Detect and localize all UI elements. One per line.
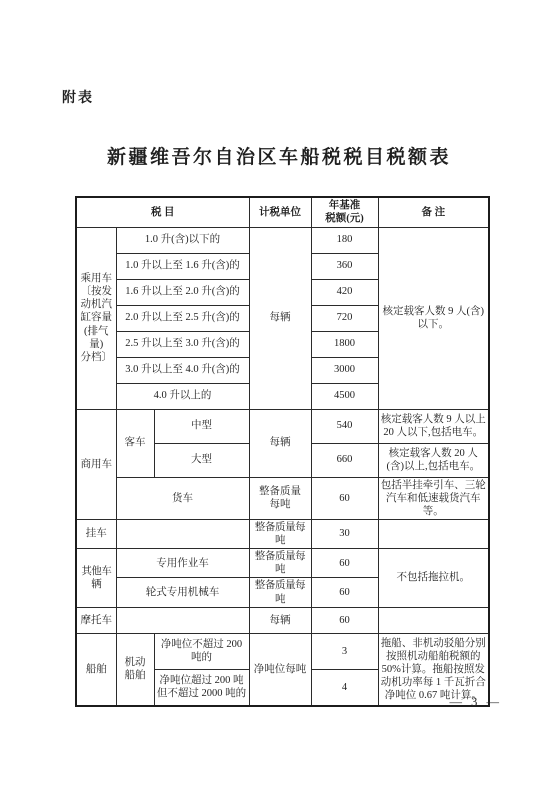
subcategory-motor-vessels: 机动 船舶: [116, 633, 154, 706]
amount-bus-large: 660: [311, 443, 378, 477]
amount-displacement-5: 1800: [311, 331, 378, 357]
item-displacement-1: 1.0 升(含)以下的: [116, 227, 249, 253]
amount-vessel-small: 3: [311, 633, 378, 669]
header-base-tax: 年基准 税额(元): [311, 197, 378, 227]
amount-truck: 60: [311, 477, 378, 519]
amount-bus-medium: 540: [311, 409, 378, 443]
amount-displacement-1: 180: [311, 227, 378, 253]
empty-cell: [378, 519, 489, 548]
table-row: 商用车 客车 中型 每辆 540 核定载客人数 9 人以上 20 人以下,包括电…: [76, 409, 489, 443]
item-displacement-2: 1.0 升以上至 1.6 升(含)的: [116, 253, 249, 279]
header-tax-item: 税 目: [76, 197, 249, 227]
remark-bus-large: 核定载客人数 20 人(含)以上,包括电车。: [378, 443, 489, 477]
item-bus-large: 大型: [154, 443, 249, 477]
remark-passenger-car: 核定载客人数 9 人(含)以下。: [378, 227, 489, 409]
tax-rate-table: 税 目 计税单位 年基准 税额(元) 备 注 乘用车 〔按发 动机汽 缸容量 (…: [75, 196, 490, 707]
amount-displacement-2: 360: [311, 253, 378, 279]
table-row: 船舶 机动 船舶 净吨位不超过 200 吨的 净吨位每吨 3 拖船、非机动驳船分…: [76, 633, 489, 669]
amount-motorcycle: 60: [311, 607, 378, 633]
category-passenger-car: 乘用车 〔按发 动机汽 缸容量 (排气量) 分档〕: [76, 227, 116, 409]
header-remarks: 备 注: [378, 197, 489, 227]
item-vessel-small: 净吨位不超过 200 吨的: [154, 633, 249, 669]
amount-displacement-6: 3000: [311, 357, 378, 383]
subcategory-bus: 客车: [116, 409, 154, 477]
unit-bus: 每辆: [249, 409, 311, 477]
table-header-row: 税 目 计税单位 年基准 税额(元) 备 注: [76, 197, 489, 227]
item-displacement-5: 2.5 升以上至 3.0 升(含)的: [116, 331, 249, 357]
amount-displacement-4: 720: [311, 305, 378, 331]
amount-wheeled-machinery: 60: [311, 578, 378, 607]
item-special-work-vehicle: 专用作业车: [116, 549, 249, 578]
unit-trailer: 整备质量每吨: [249, 519, 311, 548]
item-displacement-7: 4.0 升以上的: [116, 383, 249, 409]
category-commercial: 商用车: [76, 409, 116, 519]
table-row: 挂车 整备质量每吨 30: [76, 519, 489, 548]
item-displacement-6: 3.0 升以上至 4.0 升(含)的: [116, 357, 249, 383]
page-number: — 3 —: [450, 695, 503, 710]
table-row: 货车 整备质量 每吨 60 包括半挂牵引车、三轮汽车和低速载货汽车等。: [76, 477, 489, 519]
unit-vessels: 净吨位每吨: [249, 633, 311, 706]
amount-special-work-vehicle: 60: [311, 549, 378, 578]
table-row: 摩托车 每辆 60: [76, 607, 489, 633]
header-tax-unit: 计税单位: [249, 197, 311, 227]
attachment-label: 附表: [62, 87, 94, 107]
category-vessels: 船舶: [76, 633, 116, 706]
item-vessel-large: 净吨位超过 200 吨但不超过 2000 吨的: [154, 669, 249, 706]
empty-cell: [116, 519, 249, 548]
category-trailer: 挂车: [76, 519, 116, 548]
amount-trailer: 30: [311, 519, 378, 548]
item-bus-medium: 中型: [154, 409, 249, 443]
table-row: 其他车辆 专用作业车 整备质量每吨 60 不包括拖拉机。: [76, 549, 489, 578]
unit-passenger-car: 每辆: [249, 227, 311, 409]
remark-other-vehicles: 不包括拖拉机。: [378, 549, 489, 608]
amount-displacement-7: 4500: [311, 383, 378, 409]
unit-wheeled-machinery: 整备质量每吨: [249, 578, 311, 607]
empty-cell: [116, 607, 249, 633]
page-title: 新疆维吾尔自治区车船税税目税额表: [0, 142, 558, 169]
item-truck: 货车: [116, 477, 249, 519]
table-row: 乘用车 〔按发 动机汽 缸容量 (排气量) 分档〕 1.0 升(含)以下的 每辆…: [76, 227, 489, 253]
category-other-vehicles: 其他车辆: [76, 549, 116, 608]
item-displacement-4: 2.0 升以上至 2.5 升(含)的: [116, 305, 249, 331]
unit-motorcycle: 每辆: [249, 607, 311, 633]
unit-truck: 整备质量 每吨: [249, 477, 311, 519]
amount-displacement-3: 420: [311, 279, 378, 305]
item-displacement-3: 1.6 升以上至 2.0 升(含)的: [116, 279, 249, 305]
document-page: { "page": { "attachment_label": "附表", "t…: [0, 0, 558, 787]
category-motorcycle: 摩托车: [76, 607, 116, 633]
remark-bus-medium: 核定载客人数 9 人以上 20 人以下,包括电车。: [378, 409, 489, 443]
remark-truck: 包括半挂牵引车、三轮汽车和低速载货汽车等。: [378, 477, 489, 519]
unit-special-work-vehicle: 整备质量每吨: [249, 549, 311, 578]
empty-cell: [378, 607, 489, 633]
amount-vessel-large: 4: [311, 669, 378, 706]
item-wheeled-machinery: 轮式专用机械车: [116, 578, 249, 607]
